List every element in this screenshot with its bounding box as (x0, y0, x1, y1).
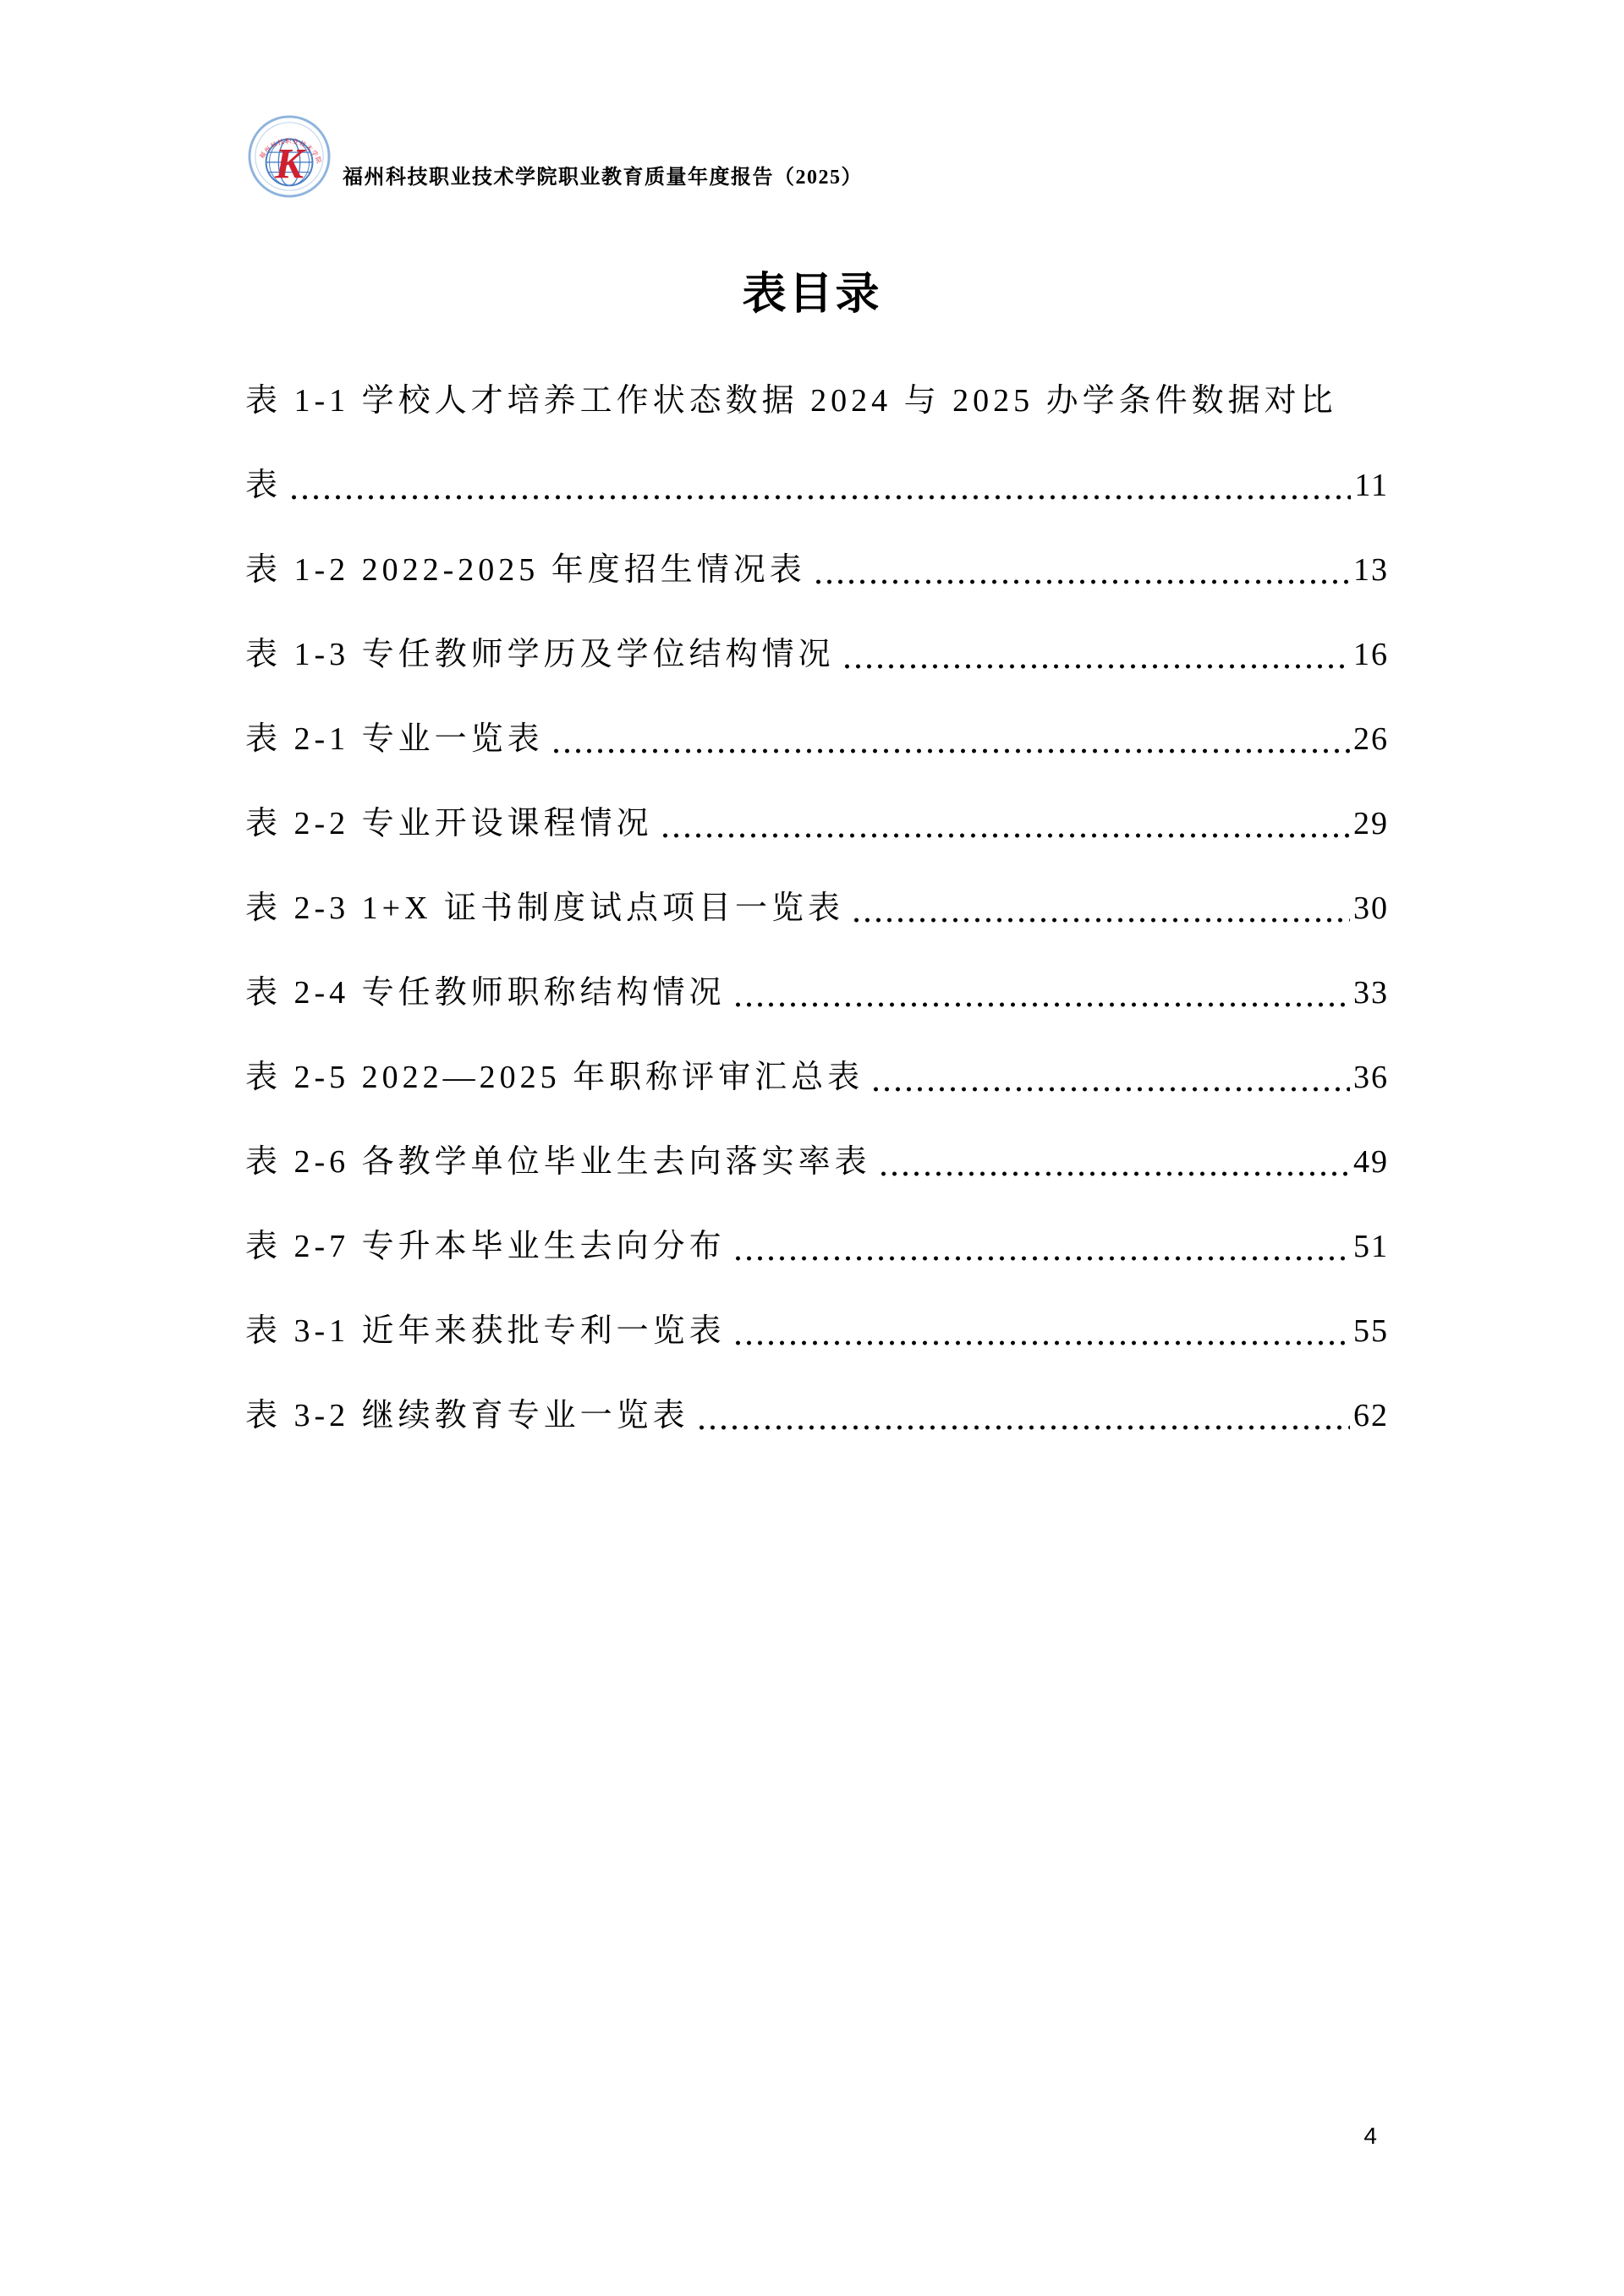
school-logo-icon: 福州科技职业技术学院 K (248, 115, 331, 198)
toc-page-number: 62 (1353, 1373, 1389, 1458)
toc-entry-text: 表 (245, 443, 282, 528)
toc-row: 表 3-2 继续教育专业一览表 62 (245, 1373, 1389, 1458)
toc-row: 表 2-2 专业开设课程情况 29 (245, 781, 1389, 866)
toc-page-number: 55 (1353, 1289, 1389, 1373)
toc-leader-dots (878, 1120, 1350, 1204)
toc-page-number: 33 (1353, 951, 1389, 1035)
toc-page-number: 13 (1353, 528, 1389, 612)
toc-row: 表 3-1 近年来获批专利一览表 55 (245, 1289, 1389, 1373)
header-report-title: 福州科技职业技术学院职业教育质量年度报告（2025） (343, 160, 863, 198)
toc-leader-dots (732, 951, 1350, 1035)
toc-leader-dots (851, 866, 1350, 951)
toc-entry-text: 表 2-7 专升本毕业生去向分布 (245, 1204, 726, 1289)
toc-row: 表 2-1 专业一览表 26 (245, 697, 1389, 781)
toc-page-number: 30 (1353, 866, 1389, 951)
toc-entry-text: 表 1-3 专任教师学历及学位结构情况 (245, 612, 835, 697)
toc-row: 表 2-4 专任教师职称结构情况 33 (245, 951, 1389, 1035)
footer-page-number: 4 (1363, 2123, 1377, 2150)
table-of-contents: 表 1-1 学校人才培养工作状态数据 2024 与 2025 办学条件数据对比 … (245, 359, 1389, 1458)
toc-leader-dots (732, 1204, 1350, 1289)
toc-leader-dots (696, 1373, 1350, 1458)
toc-row: 表 2-3 1+X 证书制度试点项目一览表 30 (245, 866, 1389, 951)
toc-entry-text: 表 2-3 1+X 证书制度试点项目一览表 (245, 866, 844, 951)
toc-leader-dots (732, 1289, 1350, 1373)
toc-row: 表 1-2 2022-2025 年度招生情况表 13 (245, 528, 1389, 612)
toc-leader-dots (660, 781, 1350, 866)
toc-entry-text: 表 1-1 学校人才培养工作状态数据 2024 与 2025 办学条件数据对比 (245, 359, 1337, 443)
toc-entry-text: 表 2-1 专业一览表 (245, 697, 544, 781)
toc-row: 表 2-6 各教学单位毕业生去向落实率表 49 (245, 1120, 1389, 1204)
toc-entry-text: 表 3-1 近年来获批专利一览表 (245, 1289, 726, 1373)
toc-leader-dots (870, 1035, 1350, 1120)
toc-entry-text: 表 2-5 2022—2025 年职称评审汇总表 (245, 1035, 864, 1120)
toc-row: 表 1-3 专任教师学历及学位结构情况 16 (245, 612, 1389, 697)
toc-page-number: 29 (1353, 781, 1389, 866)
toc-page-number: 11 (1354, 443, 1389, 528)
toc-row: 表 2-5 2022—2025 年职称评审汇总表 36 (245, 1035, 1389, 1120)
toc-page-number: 26 (1353, 697, 1389, 781)
toc-entry-text: 表 1-2 2022-2025 年度招生情况表 (245, 528, 806, 612)
page-header: 福州科技职业技术学院 K 福州科技职业技术学院职业教育质量年度报告（2025） (248, 115, 863, 198)
toc-leader-dots (288, 443, 1351, 528)
toc-row: 表 1-1 学校人才培养工作状态数据 2024 与 2025 办学条件数据对比 (245, 359, 1389, 443)
document-page: 福州科技职业技术学院 K 福州科技职业技术学院职业教育质量年度报告（2025） … (0, 0, 1624, 2296)
logo-letter: K (274, 140, 306, 188)
toc-page-number: 16 (1353, 612, 1389, 697)
toc-entry-text: 表 2-6 各教学单位毕业生去向落实率表 (245, 1120, 871, 1204)
toc-leader-dots (842, 612, 1350, 697)
toc-entry-text: 表 2-2 专业开设课程情况 (245, 781, 653, 866)
toc-page-number: 51 (1353, 1204, 1389, 1289)
page-title: 表目录 (0, 258, 1624, 321)
toc-page-number: 36 (1353, 1035, 1389, 1120)
toc-page-number: 49 (1353, 1120, 1389, 1204)
toc-row: 表 2-7 专升本毕业生去向分布 51 (245, 1204, 1389, 1289)
toc-entry-text: 表 2-4 专任教师职称结构情况 (245, 951, 726, 1035)
toc-leader-dots (813, 528, 1350, 612)
toc-row: 表 11 (245, 443, 1389, 528)
toc-entry-text: 表 3-2 继续教育专业一览表 (245, 1373, 689, 1458)
toc-leader-dots (551, 697, 1350, 781)
